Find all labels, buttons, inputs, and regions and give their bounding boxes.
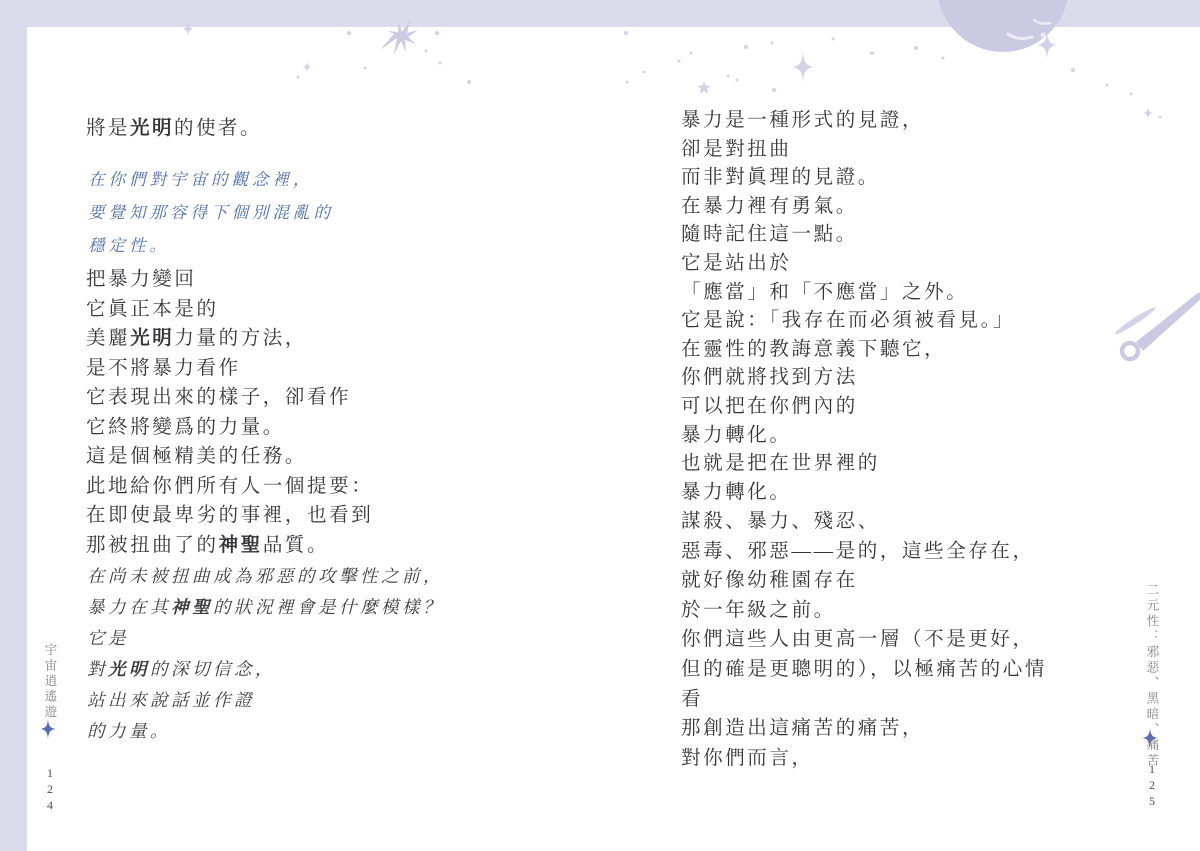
text-line: 暴力在其神聖的狀況裡會是什麼模樣？ — [87, 592, 444, 623]
text-line: 是不將暴力看作 — [86, 354, 373, 384]
text-line: 在你們對宇宙的觀念裡， — [88, 163, 334, 196]
text-line: 惡毒、邪惡——是的，這些全存在， — [681, 537, 1047, 567]
text-line: 的力量。 — [87, 716, 444, 747]
comet-icon — [1113, 292, 1200, 359]
text-line: 而非對眞理的見證。 — [681, 164, 1015, 193]
text-line: 穩定性。 — [88, 229, 334, 262]
text-line: 謀殺、暴力、殘忍、 — [681, 507, 1047, 537]
text-line: 此地給你們所有人一個提要： — [86, 472, 373, 502]
text-line: 把暴力變回 — [86, 265, 373, 295]
text-line: 「應當」和「不應當」之外。 — [681, 279, 1015, 308]
page-number-right: 125 — [1144, 762, 1159, 810]
text-line: 可以把在你們內的 — [681, 393, 1015, 422]
text-line: 暴力轉化。 — [681, 422, 1015, 451]
text-line: 將是光明的使者。 — [86, 114, 262, 143]
page-number-left: 124 — [42, 766, 57, 814]
text-line: 在尚未被扭曲成為邪惡的攻擊性之前， — [87, 561, 444, 592]
sparkle-icons — [182, 21, 1153, 120]
text-line: 但的確是更聰明的），以極痛苦的心情 — [681, 655, 1047, 685]
text-line: 暴力是一種形式的見證， — [681, 107, 1015, 136]
text-line: 暴力轉化。 — [681, 479, 1015, 508]
text-line: 卻是對扭曲 — [681, 136, 1015, 165]
starburst-icon — [380, 20, 418, 54]
text-line: 對你們而言， — [681, 744, 1047, 774]
star-dots — [297, 31, 1162, 119]
left-main-verse: 把暴力變回它眞正本是的美麗光明力量的方法，是不將暴力看作它表現出來的樣子，卻看作… — [86, 265, 373, 560]
text-line: 隨時記住這一點。 — [681, 221, 1015, 250]
text-line: 你們就將找到方法 — [681, 364, 1015, 393]
text-line: 它眞正本是的 — [86, 295, 373, 325]
left-kai-verse: 在尚未被扭曲成為邪惡的攻擊性之前，暴力在其神聖的狀況裡會是什麼模樣？它是對光明的… — [87, 561, 444, 747]
text-line: 它是 — [87, 623, 444, 654]
text-line: 它是說：「我存在而必須被看見。」 — [681, 307, 1015, 336]
left-blue-verse: 在你們對宇宙的觀念裡，要覺知那容得下個別混亂的穩定性。 — [88, 163, 334, 262]
text-line: 那被扭曲了的神聖品質。 — [86, 531, 373, 561]
text-line: 美麗光明力量的方法， — [86, 324, 373, 354]
text-line: 這是個極精美的任務。 — [86, 442, 373, 472]
book-spread: 將是光明的使者。 在你們對宇宙的觀念裡，要覺知那容得下個別混亂的穩定性。 把暴力… — [0, 0, 1200, 851]
book-title-vertical: 宇宙逍遙遊 — [41, 643, 59, 721]
text-line: 就好像幼稚園存在 — [681, 566, 1047, 596]
right-verse-b: 謀殺、暴力、殘忍、惡毒、邪惡——是的，這些全存在，就好像幼稚園存在於一年級之前。… — [681, 507, 1047, 773]
text-line: 對光明的深切信念， — [87, 654, 444, 685]
text-line: 在靈性的教誨意義下聽它， — [681, 336, 1015, 365]
text-line: 在即使最卑劣的事裡，也看到 — [86, 501, 373, 531]
chapter-title-vertical: 二元性：邪惡、黑暗、痛苦 — [1143, 583, 1161, 769]
text-line: 在暴力裡有勇氣。 — [681, 193, 1015, 222]
text-line: 你們這些人由更高一層（不是更好， — [681, 625, 1047, 655]
text-line: 那創造出這痛苦的痛苦， — [681, 714, 1047, 744]
planet-icon — [937, 0, 1069, 52]
text-line: 它表現出來的樣子，卻看作 — [86, 383, 373, 413]
text-line: 它終將變爲的力量。 — [86, 413, 373, 443]
text-line: 看 — [681, 685, 1047, 715]
text-line: 也就是把在世界裡的 — [681, 450, 1015, 479]
right-verse-a: 暴力是一種形式的見證，卻是對扭曲而非對眞理的見證。在暴力裡有勇氣。隨時記住這一點… — [681, 107, 1015, 507]
text-line: 於一年級之前。 — [681, 596, 1047, 626]
left-opening-line: 將是光明的使者。 — [86, 114, 262, 143]
text-line: 它是站出於 — [681, 250, 1015, 279]
text-line: 站出來說話並作證 — [87, 685, 444, 716]
text-line: 要覺知那容得下個別混亂的 — [88, 196, 334, 229]
